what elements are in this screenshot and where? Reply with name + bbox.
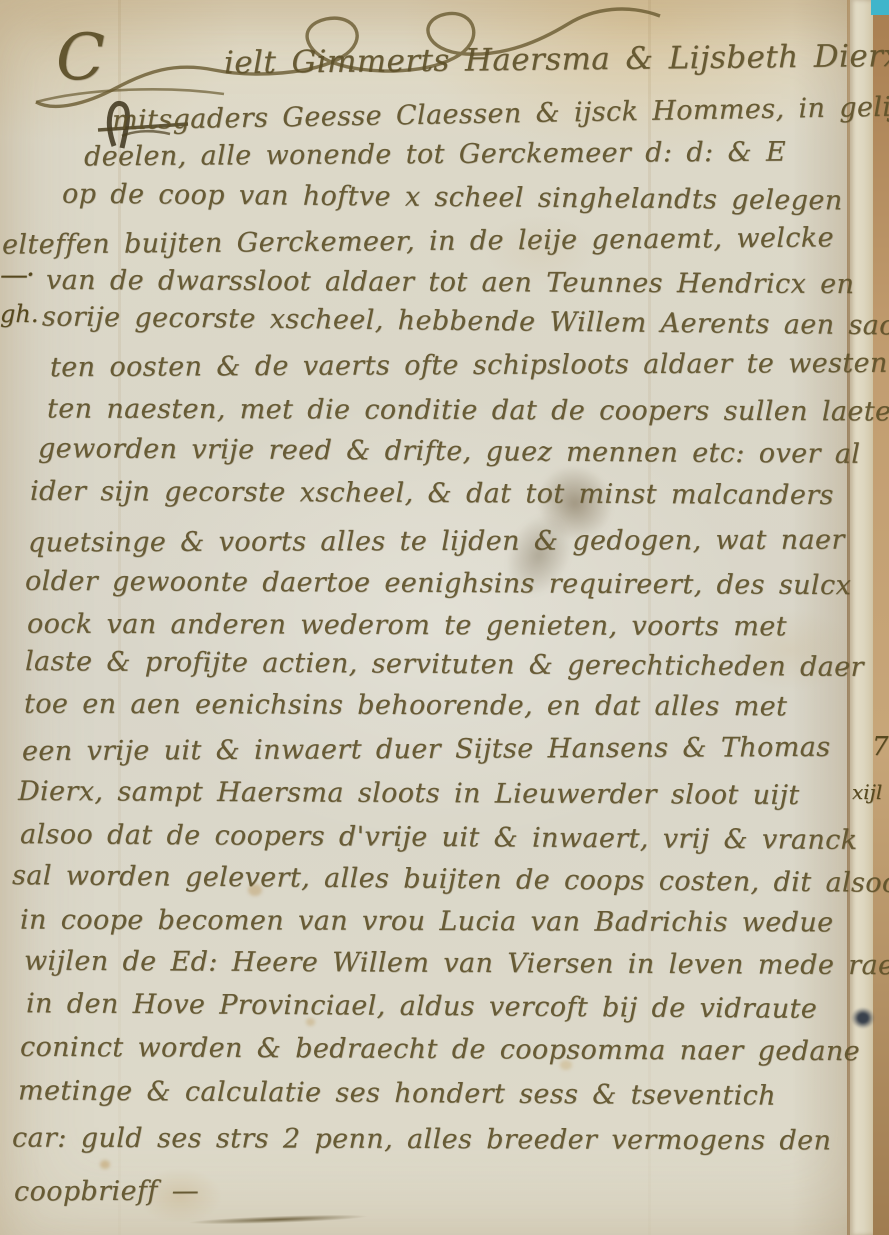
text-line: deelen, alle wonende tot Gerckemeer d: d… bbox=[84, 139, 786, 171]
text-line: elteffen buijten Gerckemeer, in de leije… bbox=[2, 224, 834, 258]
text-line: ten oosten & de vaerts ofte schipsloots … bbox=[50, 350, 888, 381]
right-margin-numeral: 7 bbox=[872, 732, 889, 762]
scan-background-corner bbox=[871, 0, 889, 15]
text-line: sal worden gelevert, alles buijten de co… bbox=[12, 862, 889, 897]
text-line: oock van anderen wederom te genieten, vo… bbox=[27, 611, 787, 641]
dark-ink-blot bbox=[851, 1007, 875, 1029]
text-line: ielt Gimmerts Haersma & Lijsbeth Dierx a… bbox=[224, 40, 889, 79]
right-margin-fragment: xijl bbox=[852, 780, 882, 804]
text-line: coopbrieff — bbox=[14, 1178, 199, 1206]
text-line: quetsinge & voorts alles te lijden & ged… bbox=[28, 527, 845, 557]
decorated-initial: C bbox=[56, 26, 105, 90]
text-line: car: guld ses strs 2 penn, alles breeder… bbox=[12, 1125, 831, 1155]
left-margin-dash: —· bbox=[0, 258, 33, 291]
text-line: alsoo dat de coopers d'vrije uit & inwae… bbox=[20, 821, 858, 854]
text-line: Dierx, sampt Haersma sloots in Lieuwerde… bbox=[18, 778, 800, 809]
book-edge bbox=[873, 0, 889, 1235]
text-line: laste & profijte actien, servituten & ge… bbox=[25, 648, 864, 681]
text-line: coninct worden & bedraecht de coopsomma … bbox=[20, 1034, 860, 1065]
text-line: in coope becomen van vrou Lucia van Badr… bbox=[20, 907, 834, 937]
text-line: geworden vrije reed & drifte, guez menne… bbox=[38, 435, 861, 468]
text-line: een vrije uit & inwaert duer Sijtse Hans… bbox=[22, 734, 831, 765]
left-margin-abbreviation: gh. bbox=[0, 300, 38, 328]
text-line: wijlen de Ed: Heere Willem van Viersen i… bbox=[24, 948, 889, 980]
age-spot bbox=[100, 1160, 110, 1169]
manuscript-scan: C ielt Gimmerts Haersma & Lijsbeth Dierx… bbox=[0, 0, 889, 1235]
text-line: ten naesten, met die conditie dat de coo… bbox=[47, 395, 889, 425]
text-line: van de dwarssloot aldaer tot aen Teunnes… bbox=[46, 267, 854, 298]
text-line: in den Hove Provinciael, aldus vercoft b… bbox=[26, 990, 817, 1023]
text-line: ider sijn gecorste xscheel, & dat tot mi… bbox=[30, 478, 834, 509]
text-line: metinge & calculatie ses hondert sess & … bbox=[18, 1077, 776, 1109]
text-line: toe en aen eenichsins behoorende, en dat… bbox=[24, 691, 787, 721]
text-line: op de coop van hoftve x scheel singhelan… bbox=[62, 181, 843, 215]
text-line: older gewoonte daertoe eenighsins requir… bbox=[25, 568, 851, 599]
